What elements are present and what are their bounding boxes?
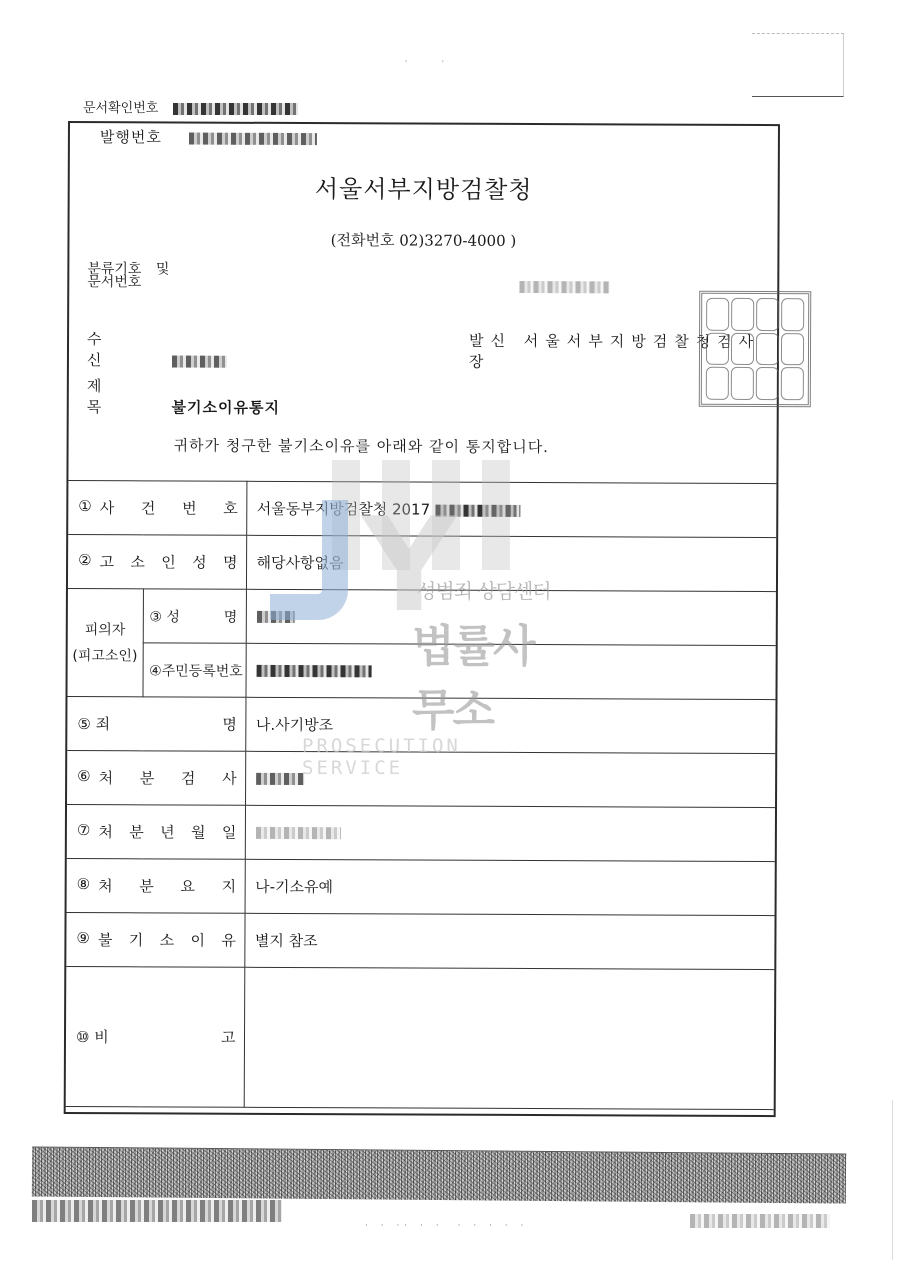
table-row-remarks: ⑩ 비 고 xyxy=(66,967,775,1110)
disposition-summary-value: 나-기소유예 xyxy=(245,859,775,915)
case-number-value: 서울동부지방검찰청 2017 xyxy=(257,500,430,519)
redacted-footer-right xyxy=(690,1210,830,1229)
case-number-label: 사건번호 xyxy=(92,497,238,519)
document-check-label: 문서확인번호 xyxy=(83,101,158,116)
redacted-suspect-name xyxy=(256,611,294,623)
classification-label: 분류기호 문서번호 xyxy=(87,263,141,289)
suspect-group-label: 피의자 (피고소인) xyxy=(67,589,142,697)
non-indictment-reason-label: 불기소이유 xyxy=(90,929,236,951)
redacted-classification-number xyxy=(519,281,609,293)
classification-and: 및 xyxy=(156,263,170,276)
issue-number: 발행번호 xyxy=(100,126,317,148)
table-row-case-number: ① 사건번호 서울동부지방검찰청 2017 xyxy=(68,481,776,538)
table-row-disposition-date: ⑦ 처분년월일 xyxy=(67,805,775,862)
remarks-label: ⑩ 비 고 xyxy=(76,1026,244,1048)
page-edge xyxy=(892,1100,893,1260)
official-seal-icon xyxy=(699,291,812,407)
document-check-number: 문서확인번호 xyxy=(83,97,298,116)
table-row-suspect-name: 피의자 (피고소인) ③ 성 명 xyxy=(68,589,776,646)
recipient-row: 수신 xyxy=(87,328,227,371)
redacted-document-check-number xyxy=(173,103,298,115)
redacted-recipient xyxy=(172,355,227,367)
redacted-suspect-rrn xyxy=(256,665,371,678)
table-row-complainant: ② 고소인성명 해당사항없음 xyxy=(68,535,776,592)
notice-text: 귀하가 청구한 불기소이유를 아래와 같이 통지합니다. xyxy=(174,434,549,457)
issue-number-label: 발행번호 xyxy=(100,128,162,146)
corner-stamp-box xyxy=(752,33,844,97)
table-row-non-indictment-reason: ⑨ 불기소이유 별지 참조 xyxy=(66,913,774,970)
redacted-footer-left xyxy=(32,1200,282,1222)
disposition-summary-label: 처분요지 xyxy=(90,875,236,897)
subject-row: 제목 불기소이유통지 xyxy=(87,375,280,418)
prosecutor-label: 처분검사 xyxy=(91,767,237,789)
security-barcode xyxy=(32,1146,846,1203)
agency-title: 서울서부지방검찰청 xyxy=(70,168,778,206)
redacted-case-number xyxy=(435,504,520,516)
details-table: ① 사건번호 서울동부지방검찰청 2017 ② 고소인성명 xyxy=(66,480,777,1110)
redacted-prosecutor xyxy=(256,773,304,785)
suspect-rrn-label: ④주민등록번호 xyxy=(142,643,245,697)
disposition-date-label: 처분년월일 xyxy=(90,821,236,843)
complainant-value: 해당사항없음 xyxy=(246,535,776,591)
table-row-suspect-rrn: ④주민등록번호 xyxy=(67,643,775,700)
remarks-value xyxy=(244,967,775,1109)
scan-specks: ' ' xyxy=(405,58,444,69)
subject-label: 제목 xyxy=(87,375,167,417)
notice-form: 발행번호 서울서부지방검찰청 (전화번호 02)3270-4000 ) 분류기호… xyxy=(64,121,780,1117)
table-row-charge: ⑤ 죄 명 나.사기방조 xyxy=(67,697,775,754)
table-row-disposition-summary: ⑧ 처분요지 나-기소유예 xyxy=(67,859,775,916)
subject-value: 불기소이유통지 xyxy=(171,398,280,416)
classification-row: 분류기호 문서번호 및 xyxy=(87,263,169,289)
charge-label: ⑤ 죄 명 xyxy=(77,713,245,735)
suspect-name-label: ③ 성 명 xyxy=(149,606,245,626)
charge-value: 나.사기방조 xyxy=(245,697,775,753)
table-row-prosecutor: ⑥ 처분검사 xyxy=(67,751,775,808)
agency-phone: (전화번호 02)3270-4000 ) xyxy=(69,228,777,252)
non-indictment-reason-value: 별지 참조 xyxy=(244,913,774,969)
redacted-issue-number xyxy=(189,132,317,145)
recipient-label: 수신 xyxy=(87,328,167,370)
footer-dots: · · ·· · · · · · · · xyxy=(365,1218,528,1231)
complainant-label: 고소인성명 xyxy=(91,551,237,573)
redacted-disposition-date xyxy=(255,827,340,839)
